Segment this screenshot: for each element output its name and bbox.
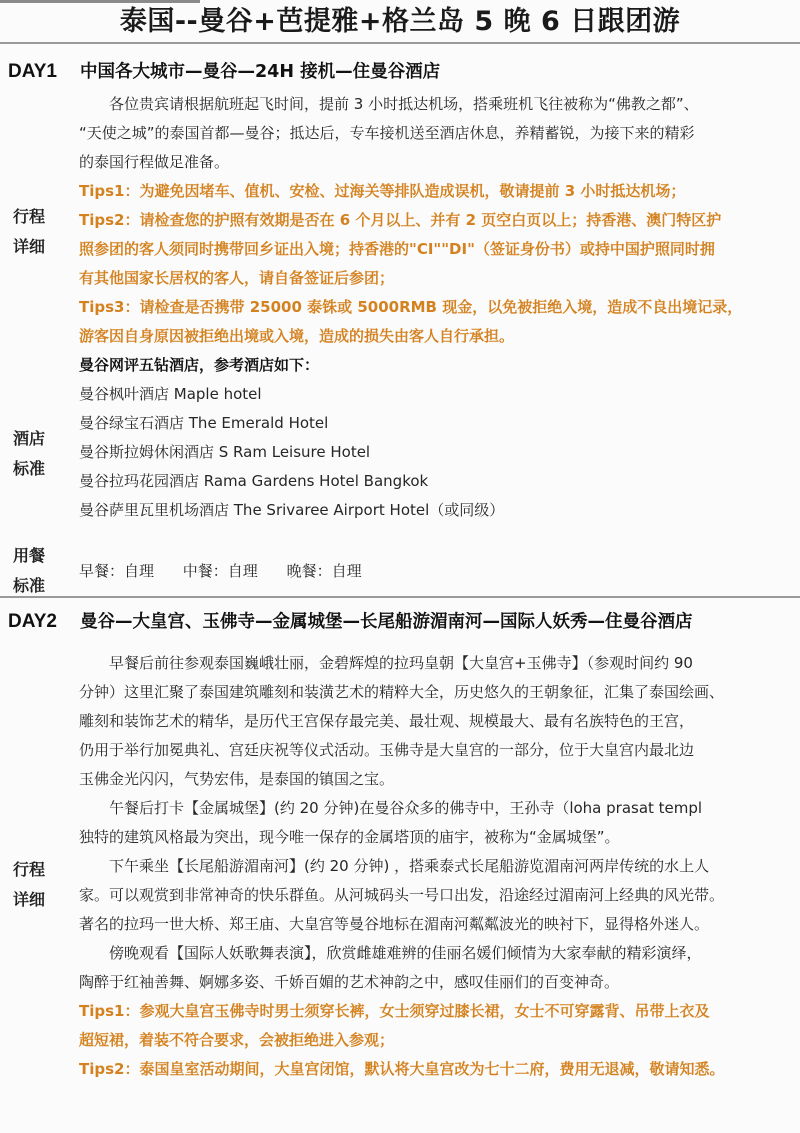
tip-line: 超短裙，着装不符合要求，会被拒绝进入参观； (79, 1026, 773, 1055)
body-line: 陶醉于红袖善舞、婀娜多姿、千娇百媚的艺术神韵之中，感叹佳丽们的百变神奇。 (79, 968, 773, 997)
body-line: 独特的建筑风格最为突出，现今唯一保存的金属塔顶的庙宇，被称为“金属城堡”。 (79, 823, 773, 852)
tip-line: Tips1：参观大皇宫玉佛寺时男士须穿长裤，女士须穿过膝长裙，女士不可穿露背、吊… (79, 997, 773, 1026)
label-line: 行程 (13, 855, 53, 885)
divider (0, 42, 800, 44)
day-route: 中国各大城市—曼谷—24H 接机—住曼谷酒店 (80, 62, 440, 82)
tip-line: 照参团的客人须同时携带回乡证出入境；持香港的"CI""DI"（签证身份书）或持中… (79, 235, 799, 264)
hotel-item: 曼谷枫叶酒店 Maple hotel (79, 380, 799, 409)
body-line: 下午乘坐【长尾船游湄南河】(约 20 分钟) ，搭乘泰式长尾船游览湄南河两岸传统… (79, 852, 773, 881)
tip-line: Tips1：为避免因堵车、值机、安检、过海关等排队造成误机，敬请提前 3 小时抵… (79, 177, 799, 206)
tip-line: 游客因自身原因被拒绝出境或入境，造成的损失由客人自行承担。 (79, 322, 799, 351)
label-line: 详细 (13, 232, 53, 262)
body-line: 玉佛金光闪闪，气势宏伟，是泰国的镇国之宝。 (79, 765, 773, 794)
body-line: 雕刻和装饰艺术的精华，是历代王宫保存最完美、最壮观、规模最大、最有名族特色的王宫… (79, 707, 773, 736)
body-line: 早餐后前往参观泰国巍峨壮丽，金碧辉煌的拉玛皇朝【大皇宫+玉佛寺】（参观时间约 9… (79, 649, 773, 678)
page-title: 泰国--曼谷+芭提雅+格兰岛 5 晚 6 日跟团游 (0, 2, 800, 42)
divider (0, 596, 800, 598)
body-line: 仍用于举行加冕典礼、宫廷庆祝等仪式活动。玉佛寺是大皇宫的一部分，位于大皇宫内最北… (79, 736, 773, 765)
body-line: 家。可以观赏到非常神奇的快乐群鱼。从河城码头一号口出发，沿途经过湄南河上经典的风… (79, 881, 773, 910)
label-line: 标准 (13, 454, 53, 484)
label-line: 用餐 (13, 541, 53, 571)
day1-header: DAY1中国各大城市—曼谷—24H 接机—住曼谷酒店 (8, 57, 440, 87)
hotel-item: 曼谷萨里瓦里机场酒店 The Srivaree Airport Hotel（或同… (79, 496, 799, 525)
day-number: DAY1 (8, 57, 80, 87)
day-number: DAY2 (8, 607, 80, 637)
intro-line: 各位贵宾请根据航班起飞时间，提前 3 小时抵达机场，搭乘班机飞往被称为“佛教之都… (79, 90, 799, 119)
hotel-item: 曼谷斯拉姆休闲酒店 S Ram Leisure Hotel (79, 438, 799, 467)
hotel-item: 曼谷拉玛花园酒店 Rama Gardens Hotel Bangkok (79, 467, 799, 496)
body-line: 傍晚观看【国际人妖歌舞表演】，欣赏雌雄难辨的佳丽名媛们倾情为大家奉献的精彩演绎， (79, 939, 773, 968)
meal-standard-label: 用餐 标准 (13, 541, 53, 601)
hotel-standard-label: 酒店 标准 (13, 424, 53, 484)
meal-lunch: 中餐：自理 (183, 557, 258, 586)
day2-header: DAY2曼谷—大皇宫、玉佛寺—金属城堡—长尾船游湄南河—国际人妖秀—住曼谷酒店 (8, 607, 693, 637)
meal-dinner: 晚餐：自理 (287, 557, 362, 586)
tip-line: Tips3：请检查是否携带 25000 泰铢或 5000RMB 现金，以免被拒绝… (79, 293, 799, 322)
itinerary-label: 行程 详细 (13, 855, 53, 915)
hotel-heading: 曼谷网评五钻酒店，参考酒店如下： (79, 351, 799, 380)
body-line: 分钟）这里汇聚了泰国建筑雕刻和装潢艺术的精粹大全，历史悠久的王朝象征，汇集了泰国… (79, 678, 773, 707)
body-line: 著名的拉玛一世大桥、郑王庙、大皇宫等曼谷地标在湄南河粼粼波光的映衬下，显得格外迷… (79, 910, 773, 939)
hotel-item: 曼谷绿宝石酒店 The Emerald Hotel (79, 409, 799, 438)
day1-itinerary: 各位贵宾请根据航班起飞时间，提前 3 小时抵达机场，搭乘班机飞往被称为“佛教之都… (79, 90, 799, 525)
tip-line: Tips2：泰国皇室活动期间，大皇宫闭馆，默认将大皇宫改为七十二府，费用无退减，… (79, 1055, 773, 1084)
label-line: 酒店 (13, 424, 53, 454)
tip-line: 有其他国家长居权的客人，请自备签证后参团； (79, 264, 799, 293)
day-route: 曼谷—大皇宫、玉佛寺—金属城堡—长尾船游湄南河—国际人妖秀—住曼谷酒店 (80, 612, 693, 632)
label-line: 行程 (13, 202, 53, 232)
label-line: 详细 (13, 885, 53, 915)
day2-itinerary: 早餐后前往参观泰国巍峨壮丽，金碧辉煌的拉玛皇朝【大皇宫+玉佛寺】（参观时间约 9… (79, 649, 773, 1084)
meals-row: 早餐：自理 中餐：自理 晚餐：自理 (79, 557, 799, 586)
meal-breakfast: 早餐：自理 (79, 557, 154, 586)
body-line: 午餐后打卡【金属城堡】(约 20 分钟)在曼谷众多的佛寺中，王孙寺（loha p… (79, 794, 773, 823)
intro-line: 的泰国行程做足准备。 (79, 148, 799, 177)
tip-line: Tips2：请检查您的护照有效期是否在 6 个月以上、并有 2 页空白页以上；持… (79, 206, 799, 235)
intro-line: “天使之城”的泰国首都—曼谷；抵达后，专车接机送至酒店休息，养精蓄锐，为接下来的… (79, 119, 799, 148)
itinerary-label: 行程 详细 (13, 202, 53, 262)
